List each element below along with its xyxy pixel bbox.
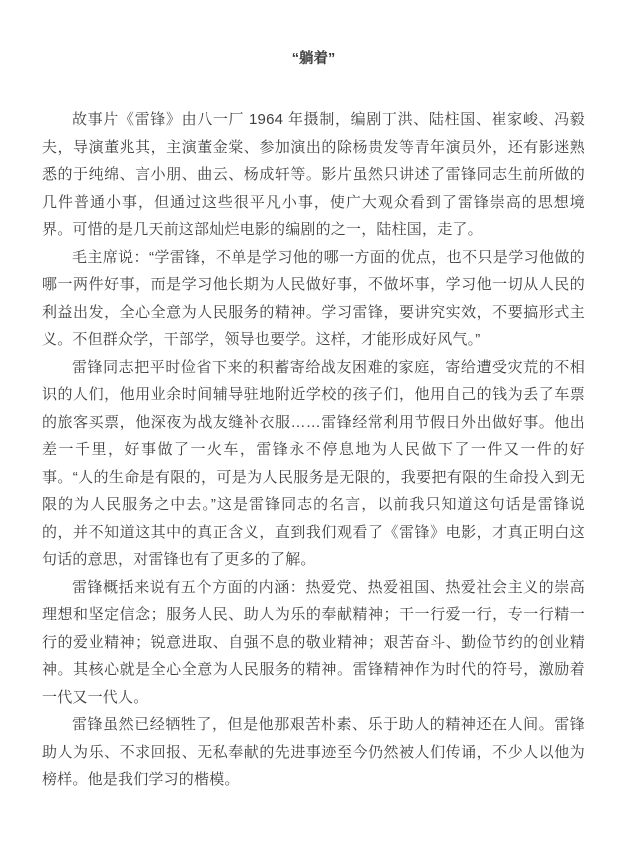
document-title: “躺着” — [42, 48, 585, 70]
paragraph-spirit-summary: 雷锋概括来说有五个方面的内涵：热爱党、热爱祖国、热爱社会主义的崇高理想和坚定信念… — [42, 574, 585, 712]
paragraph-film-intro: 故事片《雷锋》由八一厂 1964 年摄制，编剧丁洪、陆柱国、崔家峻、冯毅夫，导演… — [42, 106, 585, 244]
paragraph-mao-quote: 毛主席说：“学雷锋，不单是学习他的哪一方面的优点，也不只是学习他做的哪一两件好事… — [42, 244, 585, 354]
document-page: “躺着” 故事片《雷锋》由八一厂 1964 年摄制，编剧丁洪、陆柱国、崔家峻、冯… — [0, 0, 626, 850]
paragraph-leifeng-deeds: 雷锋同志把平时俭省下来的积蓄寄给战友困难的家庭，寄给遭受灾荒的不相识的人们，他用… — [42, 354, 585, 574]
paragraph-legacy: 雷锋虽然已经牺牲了，但是他那艰苦朴素、乐于助人的精神还在人间。雷锋助人为乐、不求… — [42, 711, 585, 794]
